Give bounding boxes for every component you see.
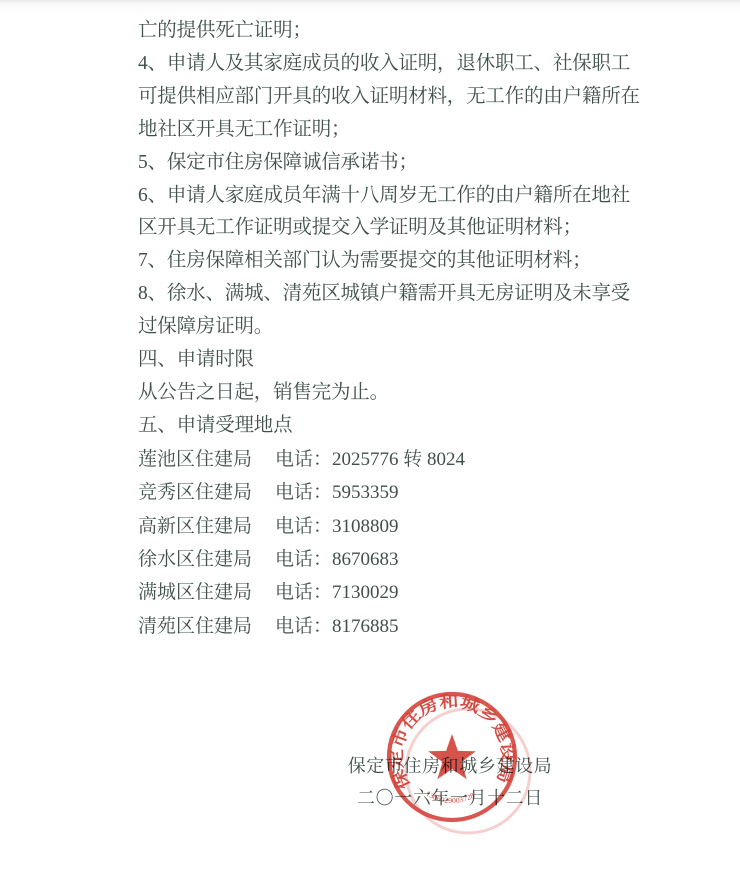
body-line: 8、徐水、满城、清苑区城镇户籍需开具无房证明及未享受 [138, 278, 640, 311]
phone-number: 7130029 [332, 576, 399, 609]
body-line: 可提供相应部门开具的收入证明材料，无工作的由户籍所在 [138, 81, 640, 114]
document-body: 亡的提供死亡证明；4、申请人及其家庭成员的收入证明，退休职工、社保职工可提供相应… [138, 15, 640, 443]
phone-number: 2025776 转 8024 [332, 443, 465, 476]
body-line: 4、申请人及其家庭成员的收入证明，退休职工、社保职工 [138, 48, 640, 81]
body-line: 6、申请人家庭成员年满十八周岁无工作的由户籍所在地社 [138, 180, 640, 213]
phone-label: 电话： [275, 476, 332, 509]
phone-number: 8670683 [332, 543, 399, 576]
phone-label: 电话： [275, 510, 332, 543]
phone-number: 8176885 [332, 610, 399, 643]
seal-code: 1306029003728 [424, 789, 476, 805]
office-name: 满城区住建局 [138, 576, 275, 609]
body-line: 5、保定市住房保障诚信承诺书； [138, 147, 640, 180]
phone-label: 电话： [275, 443, 332, 476]
office-name: 清苑区住建局 [138, 610, 275, 643]
phone-label: 电话： [275, 610, 332, 643]
body-line: 区开具无工作证明或提交入学证明及其他证明材料； [138, 212, 640, 245]
phone-label: 电话： [275, 576, 332, 609]
body-line: 亡的提供死亡证明； [138, 15, 640, 48]
document-page: 亡的提供死亡证明；4、申请人及其家庭成员的收入证明，退休职工、社保职工可提供相应… [0, 0, 740, 886]
body-line: 从公告之日起，销售完为止。 [138, 377, 640, 410]
document-content: 亡的提供死亡证明；4、申请人及其家庭成员的收入证明，退休职工、社保职工可提供相应… [138, 15, 640, 643]
contact-row: 高新区住建局电话：3108809 [138, 510, 640, 543]
office-name: 高新区住建局 [138, 510, 275, 543]
body-line: 地社区开具无工作证明； [138, 114, 640, 147]
contact-row: 徐水区住建局电话：8670683 [138, 543, 640, 576]
office-name: 竞秀区住建局 [138, 476, 275, 509]
contact-row: 莲池区住建局电话：2025776 转 8024 [138, 443, 640, 476]
phone-number: 5953359 [332, 476, 399, 509]
official-seal: 保定市住房和城乡建设局 1306029003728 [382, 685, 562, 857]
phone-number: 3108809 [332, 510, 399, 543]
star-icon [428, 734, 476, 779]
contact-row: 竞秀区住建局电话：5953359 [138, 476, 640, 509]
body-line: 过保障房证明。 [138, 311, 640, 344]
contact-list: 莲池区住建局电话：2025776 转 8024竞秀区住建局电话：5953359高… [138, 443, 640, 643]
contact-row: 满城区住建局电话：7130029 [138, 576, 640, 609]
body-line: 7、住房保障相关部门认为需要提交的其他证明材料； [138, 245, 640, 278]
office-name: 徐水区住建局 [138, 543, 275, 576]
contact-row: 清苑区住建局电话：8176885 [138, 610, 640, 643]
phone-label: 电话： [275, 543, 332, 576]
office-name: 莲池区住建局 [138, 443, 275, 476]
seal-code-container: 1306029003728 [424, 789, 476, 805]
body-line: 四、申请时限 [138, 344, 640, 377]
body-line: 五、申请受理地点 [138, 410, 640, 443]
